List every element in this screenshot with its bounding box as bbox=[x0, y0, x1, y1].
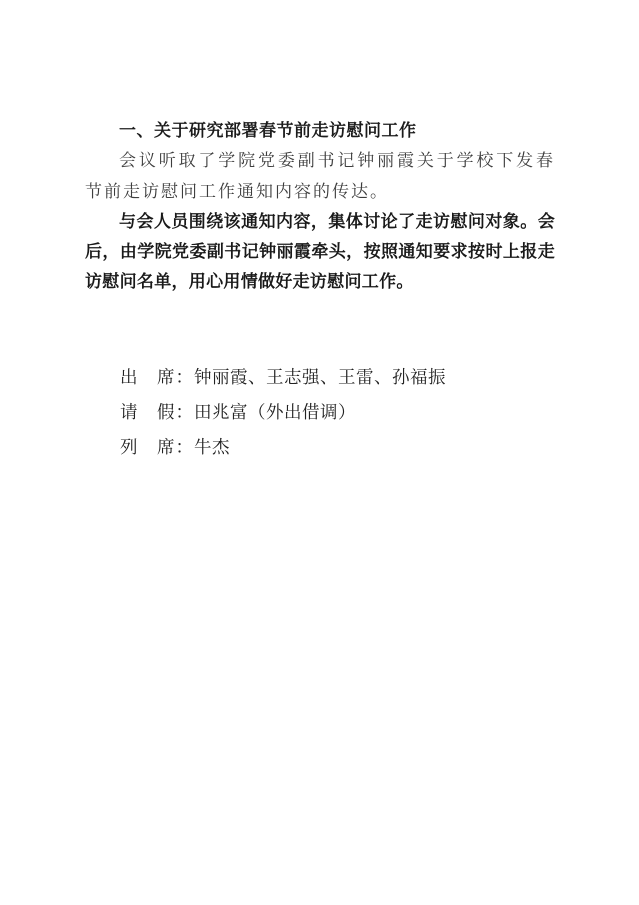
attendance-row-observer: 列 席：牛杰 bbox=[120, 431, 555, 466]
document-content: 一、关于研究部署春节前走访慰问工作 会议听取了学院党委副书记钟丽霞关于学校下发春… bbox=[85, 116, 555, 466]
body-paragraph-bold: 与会人员围绕该通知内容，集体讨论了走访慰问对象。会后，由学院党委副书记钟丽霞牵头… bbox=[85, 207, 555, 297]
attendance-label: 列 席： bbox=[120, 438, 194, 458]
attendance-list: 出 席：钟丽霞、王志强、王雷、孙福振 请 假：田兆富（外出借调） 列 席：牛杰 bbox=[85, 361, 555, 466]
section-heading: 一、关于研究部署春节前走访慰问工作 bbox=[85, 116, 555, 146]
attendance-label: 出 席： bbox=[120, 368, 194, 388]
attendance-row-present: 出 席：钟丽霞、王志强、王雷、孙福振 bbox=[120, 361, 555, 396]
attendance-value: 牛杰 bbox=[194, 438, 230, 458]
attendance-row-leave: 请 假：田兆富（外出借调） bbox=[120, 396, 555, 431]
attendance-value: 田兆富（外出借调） bbox=[194, 403, 356, 423]
attendance-value: 钟丽霞、王志强、王雷、孙福振 bbox=[194, 368, 446, 388]
document-page: 一、关于研究部署春节前走访慰问工作 会议听取了学院党委副书记钟丽霞关于学校下发春… bbox=[0, 0, 639, 905]
body-paragraph-kai: 会议听取了学院党委副书记钟丽霞关于学校下发春节前走访慰问工作通知内容的传达。 bbox=[85, 146, 555, 207]
attendance-label: 请 假： bbox=[120, 403, 194, 423]
